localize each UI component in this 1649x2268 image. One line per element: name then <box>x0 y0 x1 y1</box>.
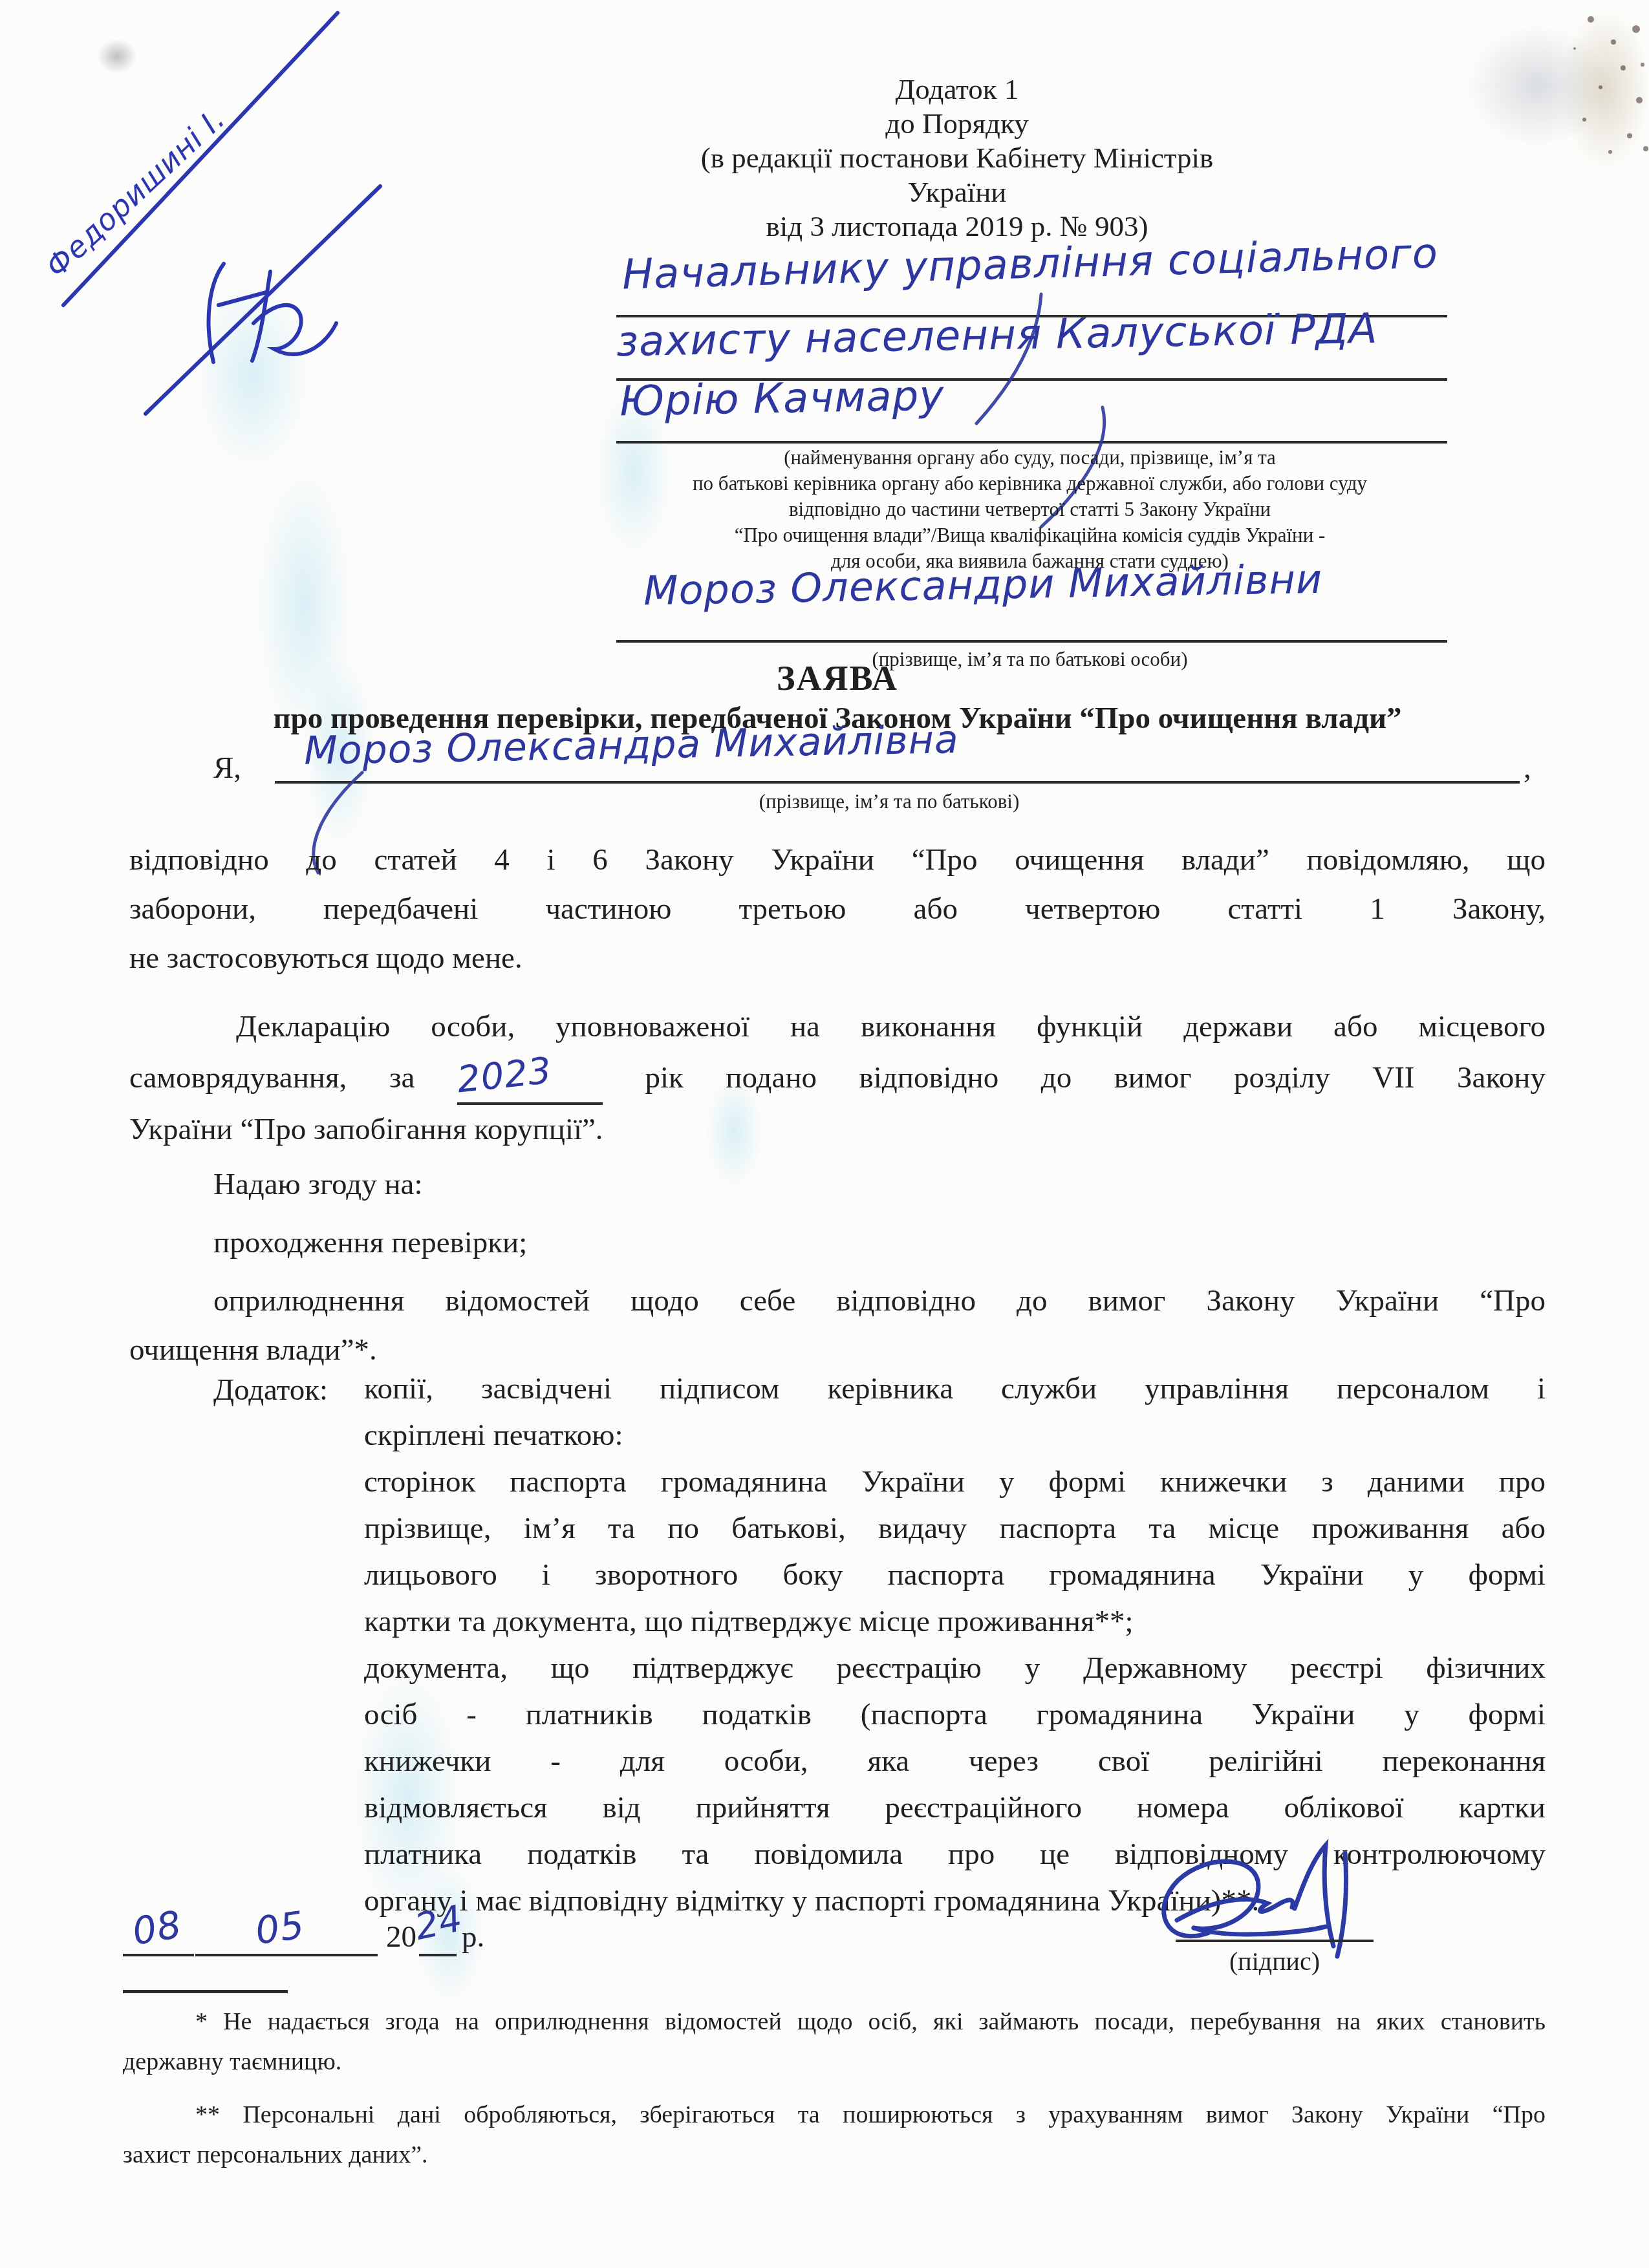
text-line: * Не надається згода на оприлюднення від… <box>123 2002 1546 2042</box>
text-line: відмовляється від прийняття реєстраційно… <box>364 1784 1546 1831</box>
paragraph-declaration-line3: України “Про запобігання корупції”. <box>129 1105 1546 1154</box>
date-year-label: р. <box>462 1919 484 1955</box>
text-line: осіб - платників податків (паспорта гром… <box>364 1691 1546 1738</box>
text-line: захист персональних даних”. <box>123 2135 1546 2175</box>
scan-speckles <box>1552 3 1649 171</box>
text-line: Додаток 1 <box>666 72 1248 107</box>
paragraph-law-statement: відповідно до статей 4 і 6 Закону Україн… <box>129 835 1546 983</box>
date-month-underline <box>195 1954 378 1956</box>
text-line: документа, що підтверджує реєстрацію у Д… <box>364 1645 1546 1691</box>
text-line: книжечки - для особи, яка через свої рел… <box>364 1738 1546 1784</box>
consent-intro: Надаю згоду на: <box>129 1160 1546 1209</box>
trailing-comma: , <box>1524 744 1531 793</box>
date-year-prefix: 20 <box>386 1919 416 1955</box>
date-month-handwriting: 05 <box>253 1903 308 1953</box>
signature-caption: (підпис) <box>1176 1946 1374 1976</box>
date-day-handwriting: 08 <box>129 1902 185 1954</box>
paragraph-declaration: Декларацію особи, уповноваженої на викон… <box>129 1002 1546 1154</box>
footnote-secrecy: * Не надається згода на оприлюднення від… <box>123 2002 1546 2082</box>
text-line: державну таємницю. <box>123 2042 1546 2082</box>
text-line: “Про очищення влади”/Вища кваліфікаційна… <box>614 522 1445 548</box>
footnote-personal-data: ** Персональні дані обробляються, зберіг… <box>123 2095 1546 2175</box>
i-label: Я, <box>213 744 241 793</box>
text-line: картки та документа, що підтверджує місц… <box>364 1598 1546 1645</box>
text-line: відповідно до частини четвертої статті 5… <box>614 497 1445 522</box>
text-line: (найменування органу або суду, посади, п… <box>614 445 1445 471</box>
text-line: по батькові керівника органу або керівни… <box>614 471 1445 497</box>
attachments-label: Додаток: <box>213 1365 328 1415</box>
text-line: відповідно до статей 4 і 6 Закону Україн… <box>129 835 1546 884</box>
signature-underline <box>1176 1940 1374 1942</box>
text-line: заборони, передбачені частиною третьою а… <box>129 884 1546 934</box>
paragraph-declaration-line1: Декларацію особи, уповноваженої на викон… <box>129 1002 1546 1051</box>
attachments-item-passport-pages: сторінок паспорта громадянина України у … <box>364 1459 1546 1645</box>
text-line: оприлюднення відомостей щодо себе відпов… <box>129 1276 1546 1325</box>
text-line: (в редакції постанови Кабінету Міністрів… <box>666 141 1248 209</box>
paragraph-declaration-line2: самоврядування, за 2023 рік подано відпо… <box>129 1051 1546 1105</box>
date-year-underline <box>419 1954 457 1956</box>
corner-note-strokes <box>13 0 401 427</box>
footnote-divider <box>123 1990 288 1993</box>
text-line: сторінок паспорта громадянина України у … <box>364 1459 1546 1505</box>
year-handwriting: 2023 <box>455 1047 554 1106</box>
date-day-underline <box>123 1954 194 1956</box>
text-line: прізвище, ім’я та по батькові, видачу па… <box>364 1505 1546 1552</box>
text-line: лицьового і зворотного боку паспорта гро… <box>364 1552 1546 1598</box>
consent-item-check: проходження перевірки; <box>129 1218 1546 1267</box>
page-title: ЗАЯВА <box>129 658 1546 698</box>
text-line: не застосовуються щодо мене. <box>129 934 1546 983</box>
text-line: ** Персональні дані обробляються, зберіг… <box>123 2095 1546 2135</box>
consent-item-publication: оприлюднення відомостей щодо себе відпов… <box>129 1276 1546 1375</box>
text-line: скріплені печаткою: <box>364 1412 1546 1459</box>
text-line: до Порядку <box>666 107 1248 141</box>
year-prefix-text: самоврядування, за <box>129 1061 415 1095</box>
scanned-document-page: Федоришині І. Додаток 1до Порядку(в реда… <box>0 0 1649 2268</box>
attachments-intro: копії, засвідчені підписом керівника слу… <box>364 1365 1546 1459</box>
year-suffix-text: рік подано відповідно до вимог розділу V… <box>645 1061 1546 1095</box>
text-line: копії, засвідчені підписом керівника слу… <box>364 1365 1546 1412</box>
declarant-name-caption: (прізвище, ім’я та по батькові) <box>550 790 1229 813</box>
year-write-in-field: 2023 <box>457 1051 603 1105</box>
document-header: Додаток 1до Порядку(в редакції постанови… <box>666 72 1248 244</box>
applicant-name-underline <box>616 640 1447 643</box>
